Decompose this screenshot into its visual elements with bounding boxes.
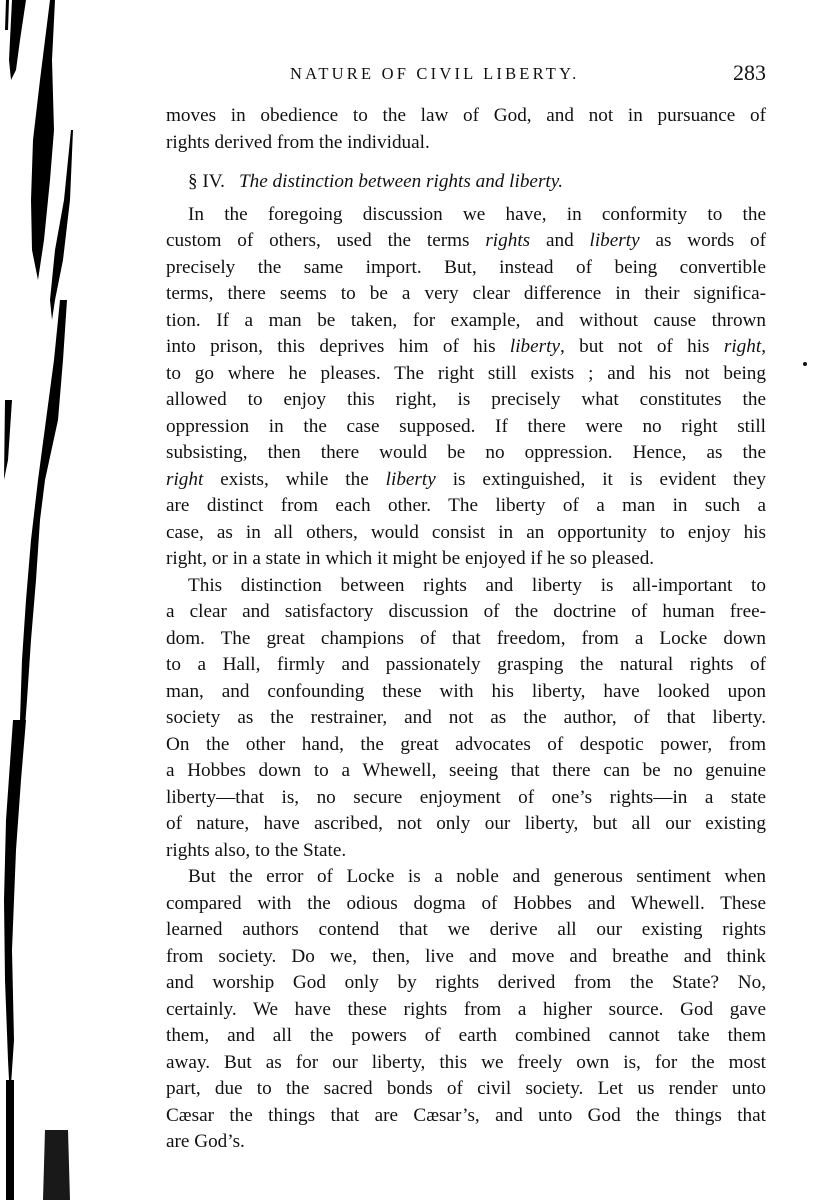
text-line: are distinct from each other. The libert… — [166, 493, 766, 520]
text-line: right exists, while the liberty is extin… — [166, 467, 766, 494]
paragraph: But the error of Locke is a noble and ge… — [166, 864, 766, 1156]
paragraph: In the foregoing discussion we have, in … — [166, 202, 766, 573]
text-line: learned authors contend that we derive a… — [166, 917, 766, 944]
text-line: compared with the odious dogma of Hobbes… — [166, 891, 766, 918]
italic-term: liberty — [386, 469, 436, 490]
running-head: NATURE OF CIVIL LIBERTY. 283 — [166, 62, 766, 90]
italic-term: rights — [485, 230, 530, 251]
text-line: terms, there seems to be a very clear di… — [166, 281, 766, 308]
text-line: custom of others, used the terms rights … — [166, 228, 766, 255]
text-line: dom. The great champions of that freedom… — [166, 626, 766, 653]
stray-speck — [803, 362, 807, 366]
text-line: liberty—that is, no secure enjoyment of … — [166, 785, 766, 812]
text-line: man, and confounding these with his libe… — [166, 679, 766, 706]
section-heading: § IV.The distinction between rights and … — [166, 169, 766, 196]
section-title: The distinction between rights and liber… — [239, 171, 563, 192]
section-number: § IV. — [188, 171, 225, 192]
text-line: tion. If a man be taken, for example, an… — [166, 308, 766, 335]
italic-term: liberty — [590, 230, 640, 251]
text-line: moves in obedience to the law of God, an… — [166, 103, 766, 130]
text-line: away. But as for our liberty, this we fr… — [166, 1050, 766, 1077]
text-line: subsisting, then there would be no oppre… — [166, 440, 766, 467]
text-line: into prison, this deprives him of his li… — [166, 334, 766, 361]
italic-term: right — [166, 469, 203, 490]
text-line: rights also, to the State. — [166, 838, 766, 865]
text-line: society as the restrainer, and not as th… — [166, 705, 766, 732]
text-line: to a Hall, firmly and passionately grasp… — [166, 652, 766, 679]
text-line: part, due to the sacred bonds of civil s… — [166, 1076, 766, 1103]
binding-shadow-artifact — [0, 0, 110, 1200]
text-line: a clear and satisfactory discussion of t… — [166, 599, 766, 626]
text-line: of nature, have ascribed, not only our l… — [166, 811, 766, 838]
text-line: right, or in a state in which it might b… — [166, 546, 766, 573]
text-line: are God’s. — [166, 1129, 766, 1156]
italic-term: liberty — [510, 336, 560, 357]
text-line: certainly. We have these rights from a h… — [166, 997, 766, 1024]
text-line: and worship God only by rights derived f… — [166, 970, 766, 997]
text-line: oppression in the case supposed. If ther… — [166, 414, 766, 441]
text-line: to go where he pleases. The right still … — [166, 361, 766, 388]
text-line: In the foregoing discussion we have, in … — [166, 202, 766, 229]
text-line: them, and all the powers of earth combin… — [166, 1023, 766, 1050]
text-line: a Hobbes down to a Whewell, seeing that … — [166, 758, 766, 785]
text-line: This distinction between rights and libe… — [166, 573, 766, 600]
text-line: Cæsar the things that are Cæsar’s, and u… — [166, 1103, 766, 1130]
text-line: from society. Do we, then, live and move… — [166, 944, 766, 971]
book-page: NATURE OF CIVIL LIBERTY. 283 moves in ob… — [0, 0, 825, 1200]
text-line: precisely the same import. But, instead … — [166, 255, 766, 282]
continued-paragraph: moves in obedience to the law of God, an… — [166, 103, 766, 156]
page-number: 283 — [733, 60, 766, 86]
body-text: moves in obedience to the law of God, an… — [166, 103, 766, 1156]
text-line: allowed to enjoy this right, is precisel… — [166, 387, 766, 414]
text-line: rights derived from the individual. — [166, 130, 766, 157]
running-title: NATURE OF CIVIL LIBERTY. — [290, 64, 579, 84]
paragraph: This distinction between rights and libe… — [166, 573, 766, 865]
text-line: On the other hand, the great advocates o… — [166, 732, 766, 759]
text-line: But the error of Locke is a noble and ge… — [166, 864, 766, 891]
text-line: case, as in all others, would consist in… — [166, 520, 766, 547]
italic-term: right — [724, 336, 761, 357]
